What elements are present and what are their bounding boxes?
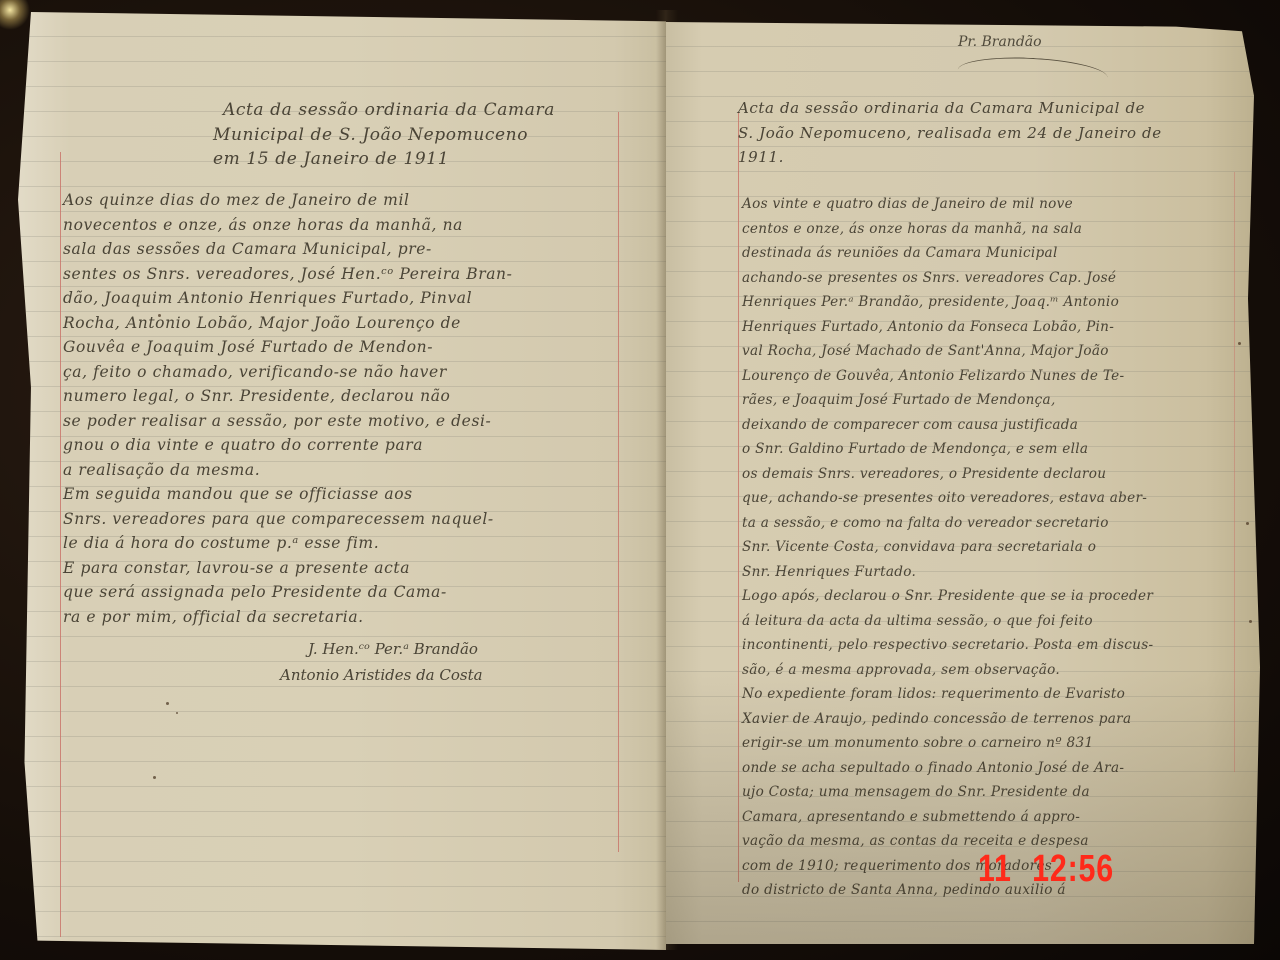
text-line: val Rocha, José Machado de Sant'Anna, Ma… (742, 339, 1153, 364)
ink-speck (1246, 522, 1249, 525)
title-line: Acta da sessão ordinaria da Camara (223, 98, 555, 123)
left-page: Acta da sessão ordinaria da Camara Munic… (18, 12, 666, 950)
text-line: Rocha, Antonio Lobão, Major João Lourenç… (63, 311, 613, 336)
text-line: que, achando-se presentes oito vereadore… (742, 486, 1153, 511)
left-margin-rule (738, 112, 739, 882)
text-line: Snrs. vereadores para que comparecessem … (63, 507, 613, 532)
title-line: Municipal de S. João Nepomuceno (213, 123, 555, 148)
open-ledger-book: Acta da sessão ordinaria da Camara Munic… (0, 0, 1280, 960)
text-line: dão, Joaquim Antonio Henriques Furtado, … (63, 286, 613, 311)
right-page-title: Acta da sessão ordinaria da Camara Munic… (738, 96, 1162, 170)
text-line: os demais Snrs. vereadores, o Presidente… (742, 462, 1153, 487)
title-line: em 15 de Janeiro de 1911 (213, 147, 555, 172)
text-line: ça, feito o chamado, verificando-se não … (63, 360, 613, 385)
ink-speck (1249, 620, 1252, 623)
text-line: Lourenço de Gouvêa, Antonio Felizardo Nu… (742, 364, 1153, 389)
text-line: Aos quinze dias do mez de Janeiro de mil (63, 188, 613, 213)
ink-speck (1238, 342, 1241, 345)
ink-speck (166, 702, 169, 705)
text-line: erigir-se um monumento sobre o carneiro … (742, 731, 1153, 756)
text-line: centos e onze, ás onze horas da manhã, n… (742, 217, 1153, 242)
text-line: deixando de comparecer com causa justifi… (742, 413, 1153, 438)
ink-speck (158, 314, 161, 317)
corner-annotation-flourish (958, 54, 1109, 81)
text-line: sala das sessões da Camara Municipal, pr… (63, 237, 613, 262)
left-margin-rule (60, 152, 61, 937)
text-line: Gouvêa e Joaquim José Furtado de Mendon- (63, 335, 613, 360)
text-line: são, é a mesma approvada, sem observação… (742, 658, 1153, 683)
right-page: Pr. Brandão Acta da sessão ordinaria da … (666, 22, 1266, 944)
text-line: o Snr. Galdino Furtado de Mendonça, e se… (742, 437, 1153, 462)
text-line: Aos vinte e quatro dias de Janeiro de mi… (742, 192, 1153, 217)
text-line: Snr. Henriques Furtado. (742, 560, 1153, 585)
left-page-title: Acta da sessão ordinaria da Camara Munic… (223, 98, 555, 172)
right-page-body: Aos vinte e quatro dias de Janeiro de mi… (742, 192, 1153, 903)
right-margin-rule (1234, 172, 1235, 772)
text-line: ra e por mim, official da secretaria. (63, 605, 613, 630)
text-line: Snr. Vicente Costa, convidava para secre… (742, 535, 1153, 560)
text-line: onde se acha sepultado o finado Antonio … (742, 756, 1153, 781)
text-line: No expediente foram lidos: requerimento … (742, 682, 1153, 707)
text-line: rães, e Joaquim José Furtado de Mendonça… (742, 388, 1153, 413)
title-line: Acta da sessão ordinaria da Camara Munic… (738, 96, 1162, 121)
text-line: Henriques Furtado, Antonio da Fonseca Lo… (742, 315, 1153, 340)
text-line: destinada ás reuniões da Camara Municipa… (742, 241, 1153, 266)
signature-secretary: Antonio Aristides da Costa (280, 666, 483, 684)
ink-speck (176, 712, 178, 714)
text-line: se poder realisar a sessão, por este mot… (63, 409, 613, 434)
text-line: le dia á hora do costume p.ᵃ esse fim. (63, 531, 613, 556)
text-line: novecentos e onze, ás onze horas da manh… (63, 213, 613, 238)
camera-timestamp-overlay: 11 12:56 (978, 848, 1114, 891)
title-line: S. João Nepomuceno, realisada em 24 de J… (738, 121, 1162, 146)
right-margin-rule (618, 112, 619, 852)
ink-speck (153, 776, 156, 779)
text-line: incontinenti, pelo respectivo secretario… (742, 633, 1153, 658)
text-line: numero legal, o Snr. Presidente, declaro… (63, 384, 613, 409)
corner-annotation: Pr. Brandão (958, 34, 1042, 50)
text-line: que será assignada pelo Presidente da Ca… (63, 580, 613, 605)
text-line: E para constar, lavrou-se a presente act… (63, 556, 613, 581)
text-line: ujo Costa; uma mensagem do Snr. Presiden… (742, 780, 1153, 805)
text-line: Camara, apresentando e submettendo á app… (742, 805, 1153, 830)
text-line: á leitura da acta da ultima sessão, o qu… (742, 609, 1153, 634)
text-line: Xavier de Araujo, pedindo concessão de t… (742, 707, 1153, 732)
text-line: Em seguida mandou que se officiasse aos (63, 482, 613, 507)
text-line: gnou o dia vinte e quatro do corrente pa… (63, 433, 613, 458)
text-line: achando-se presentes os Snrs. vereadores… (742, 266, 1153, 291)
text-line: Logo após, declarou o Snr. Presidente qu… (742, 584, 1153, 609)
text-line: ta a sessão, e como na falta do vereador… (742, 511, 1153, 536)
text-line: a realisação da mesma. (63, 458, 613, 483)
left-page-body: Aos quinze dias do mez de Janeiro de mil… (63, 188, 613, 629)
signature-president: J. Hen.ᶜᵒ Per.ᵃ Brandão (308, 640, 478, 658)
text-line: sentes os Snrs. vereadores, José Hen.ᶜᵒ … (63, 262, 613, 287)
text-line: Henriques Per.ᵃ Brandão, presidente, Joa… (742, 290, 1153, 315)
title-line: 1911. (738, 145, 1162, 170)
